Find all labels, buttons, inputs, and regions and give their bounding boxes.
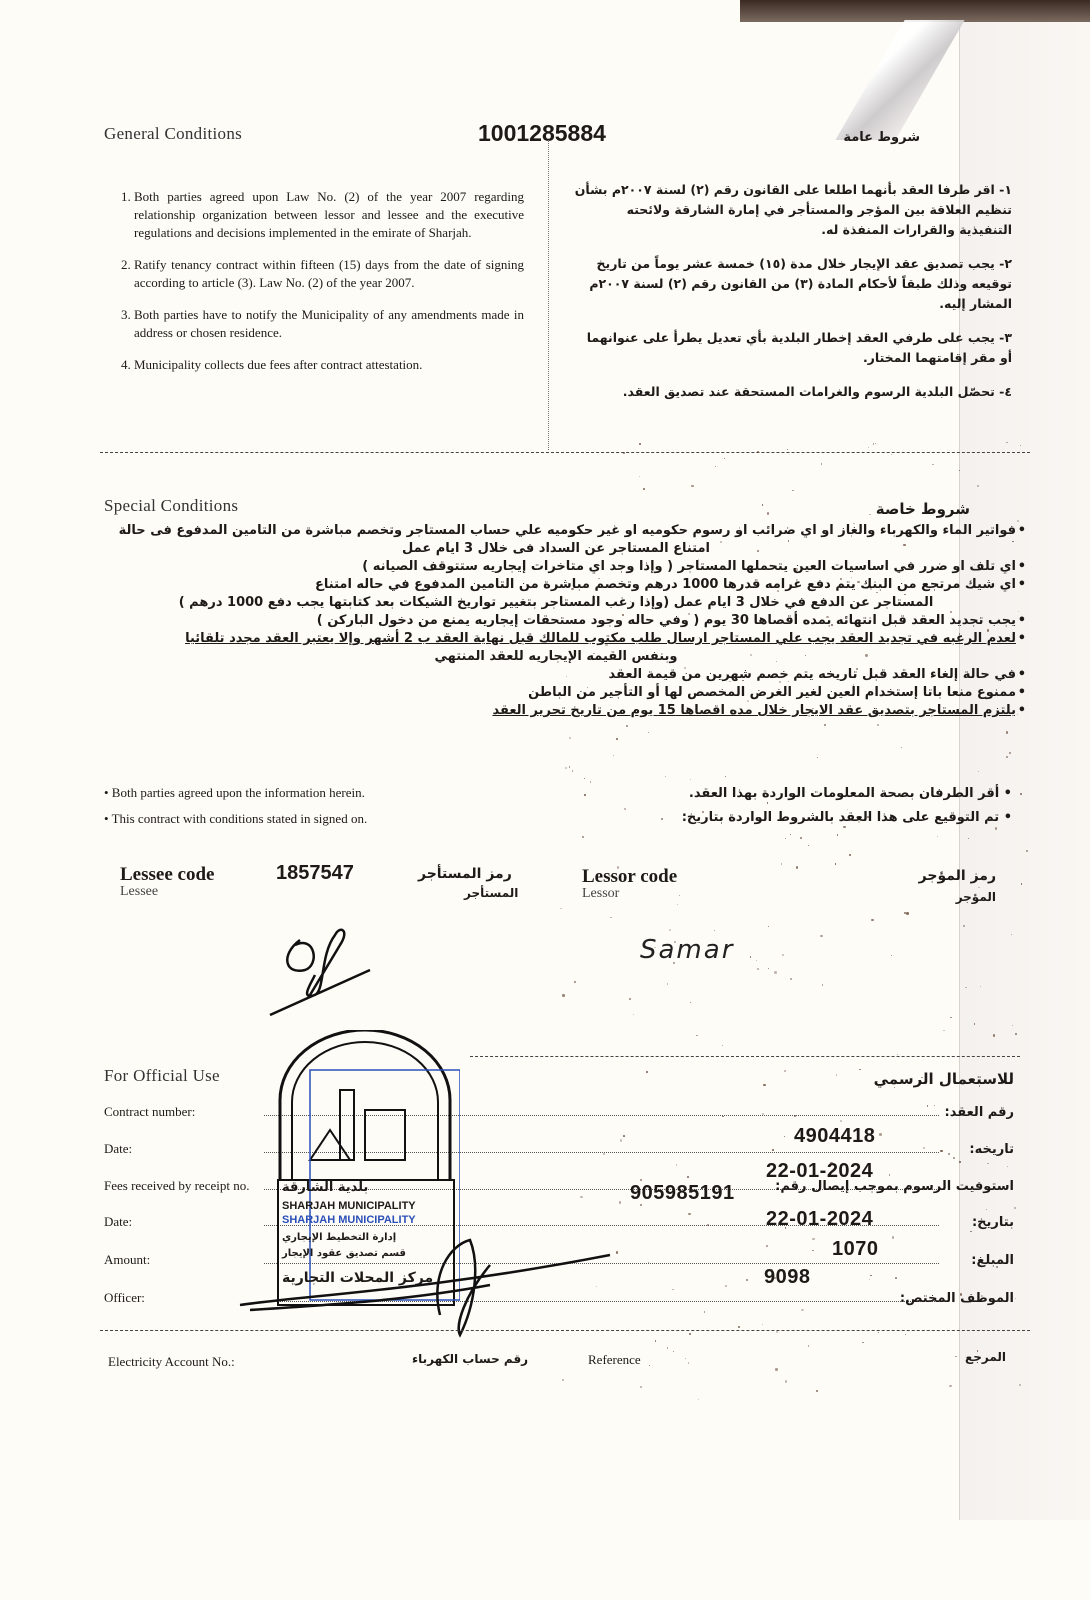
special-condition-line: فواتير الماء والكهرباء والغاز او اي ضرائ… [96, 522, 1016, 540]
general-condition-ar-3: ٣- يجب على طرفي العقد إخطار البلدية بأي … [572, 328, 1012, 368]
lessee-label: Lessee [120, 884, 158, 900]
lessee-code-label: Lessee code [120, 864, 214, 886]
general-conditions-ar: ١- اقر طرفا العقد بأنهما اطلعا على القان… [572, 180, 1012, 416]
reference-label: Reference [588, 1352, 641, 1368]
special-condition-line: المستاجر عن الدفع في خلال 3 ايام عمل (وإ… [96, 594, 1016, 612]
lessor-code-label-ar: رمز المؤجر [919, 868, 996, 884]
agreement-ar: • أقر الطرفان بصحة المعلومات الواردة بهذ… [682, 782, 1012, 830]
special-condition-line: اي تلف او ضرر في اساسيات العين يتحملها ا… [96, 558, 1016, 576]
contract-number-label-ar: رقم العقد: [945, 1105, 1014, 1120]
electricity-account-label: Electricity Account No.: [108, 1354, 235, 1370]
general-condition-en-4: Municipality collects due fees after con… [134, 356, 524, 374]
officer-label-ar: الموظف المختص: [900, 1291, 1014, 1306]
electricity-account-label-ar: رقم حساب الكهرباء [412, 1352, 528, 1366]
stamp-line-1: بلدية الشارقة [282, 1180, 368, 1195]
lessor-signature: Samar [640, 935, 734, 965]
special-condition-line: اي شيك مرتجع من البنك يتم دفع غرامه قدره… [96, 576, 1016, 594]
official-contract-number: 4904418 [794, 1125, 875, 1148]
special-condition-line: في حالة إلغاء العقد قبل تاريخه يتم خصم ش… [96, 666, 1016, 684]
general-condition-en-2: Ratify tenancy contract within fifteen (… [134, 256, 524, 292]
footer-divider [100, 1330, 1030, 1331]
special-condition-line: ممنوع منعا باتا إستخدام العين لغير الغرض… [96, 684, 1016, 702]
official-use-title-ar: للاستعمال الرسمي [874, 1070, 1014, 1088]
contract-number-header: 1001285884 [478, 120, 606, 147]
lessee-label-ar: المستأجر [464, 886, 518, 900]
section-divider [100, 452, 1030, 453]
date-label: Date: [104, 1141, 132, 1157]
official-row-receipt: Fees received by receipt no. استوفيت الر… [104, 1172, 1014, 1198]
page-fold [835, 20, 964, 140]
amount-label: Amount: [104, 1252, 150, 1268]
amount-label-ar: المبلغ: [971, 1253, 1014, 1268]
agreement-en: • Both parties agreed upon the informati… [104, 780, 367, 832]
agreement-en-2: • This contract with conditions stated i… [104, 806, 367, 832]
general-conditions-en: Both parties agreed upon Law No. (2) of … [104, 188, 524, 388]
general-condition-en-1: Both parties agreed upon Law No. (2) of … [134, 188, 524, 242]
official-row-contract-number: Contract number: رقم العقد: [104, 1098, 1014, 1124]
general-conditions-title: General Conditions [104, 124, 242, 144]
general-condition-ar-4: ٤- تحصّل البلدية الرسوم والغرامات المستح… [572, 382, 1012, 402]
special-condition-line: لعدم الرغبه في تجديد العقد يجب علي المست… [96, 630, 1016, 648]
lessee-signature [260, 915, 380, 1025]
special-condition-line: يلتزم المستاجر بتصديق عقد الايجار خلال م… [96, 702, 1016, 720]
special-conditions-list: فواتير الماء والكهرباء والغاز او اي ضرائ… [96, 522, 1016, 720]
special-conditions-title: Special Conditions [104, 496, 238, 516]
photo-edge-shadow [740, 0, 1090, 22]
lessor-label-ar: المؤجر [956, 890, 996, 904]
lessor-code-label: Lessor code [582, 866, 677, 888]
receipt-label: Fees received by receipt no. [104, 1178, 249, 1194]
stamp-line-2-blue: SHARJAH MUNICIPALITY [282, 1214, 416, 1226]
official-row-date: Date: تاريخه: [104, 1135, 1014, 1161]
general-conditions-title-ar: شروط عامة [843, 130, 920, 145]
special-condition-line: وبنفس القيمه الإيجاريه للعقد المنتهي [96, 648, 1016, 666]
receipt-date-label-ar: بتاريخ: [972, 1215, 1014, 1230]
special-conditions-title-ar: شروط خاصة [876, 500, 970, 518]
agreement-en-1: • Both parties agreed upon the informati… [104, 780, 367, 806]
officer-signature [230, 1235, 630, 1345]
lessee-code-value: 1857547 [276, 862, 354, 885]
reference-label-ar: المرجع [965, 1350, 1006, 1364]
date-label-ar: تاريخه: [969, 1142, 1014, 1157]
contract-number-label: Contract number: [104, 1104, 195, 1120]
official-divider [470, 1056, 1020, 1057]
agreement-ar-1: • أقر الطرفان بصحة المعلومات الواردة بهذ… [682, 782, 1012, 806]
column-divider [548, 140, 549, 450]
special-condition-line: يجب تجديد العقد قبل انتهائه بمده أقصاها … [96, 612, 1016, 630]
general-condition-ar-1: ١- اقر طرفا العقد بأنهما اطلعا على القان… [572, 180, 1012, 240]
official-contract-date: 22-01-2024 [766, 1160, 873, 1183]
special-condition-line: امتناع المستاجر عن السداد فى خلال 3 ايام… [96, 540, 1016, 558]
official-row-receipt-date: Date: بتاريخ: [104, 1208, 1014, 1234]
lessor-label: Lessor [582, 886, 619, 902]
receipt-date-label: Date: [104, 1214, 132, 1230]
official-use-title: For Official Use [104, 1066, 220, 1086]
stamp-line-2: SHARJAH MUNICIPALITY [282, 1200, 416, 1212]
official-receipt-number: 905985191 [630, 1182, 735, 1205]
lessee-code-label-ar: رمز المستأجر [418, 866, 512, 882]
general-condition-ar-2: ٢- يجب تصديق عقد الإيجار خلال مدة (١٥) خ… [572, 254, 1012, 314]
official-amount: 1070 [832, 1238, 879, 1261]
official-receipt-date: 22-01-2024 [766, 1208, 873, 1231]
general-condition-en-3: Both parties have to notify the Municipa… [134, 306, 524, 342]
officer-label: Officer: [104, 1290, 145, 1306]
